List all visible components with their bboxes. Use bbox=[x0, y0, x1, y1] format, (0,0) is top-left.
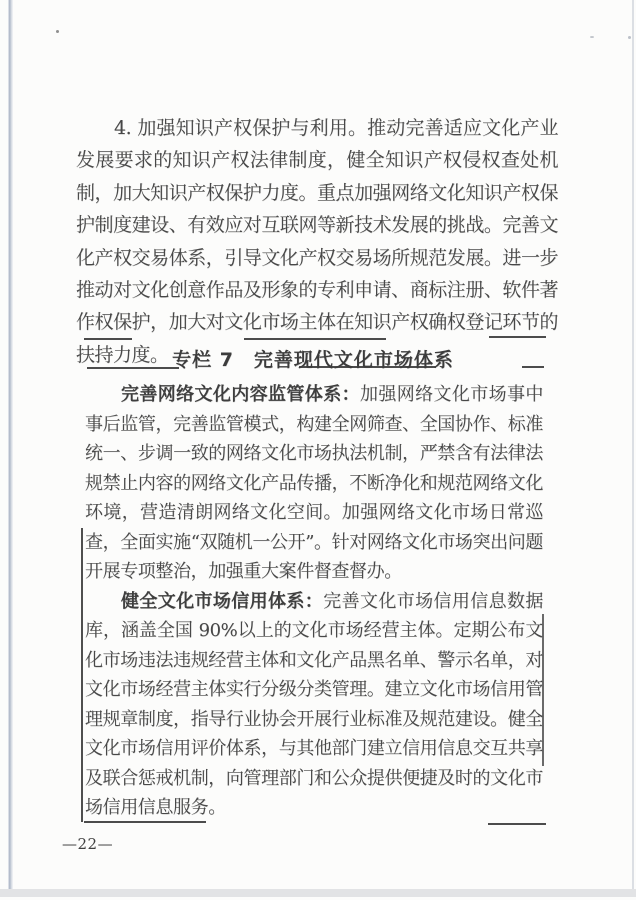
box-paragraph-1-lead: 完善网络文化内容监管体系： bbox=[121, 384, 360, 405]
page-number: —22— bbox=[62, 835, 113, 853]
box-bottom-border-fragment bbox=[488, 823, 546, 825]
scanned-document-page: 4. 加强知识产权保护与利用。推动完善适应文化产业发展要求的知识产权法律制度，健… bbox=[0, 0, 636, 900]
box-top-border-fragment bbox=[489, 336, 546, 338]
box-paragraph-2: 健全文化市场信用体系：完善文化市场信用信息数据库，涵盖全国 90%以上的文化市场… bbox=[85, 587, 543, 823]
body-paragraph-4: 4. 加强知识产权保护与利用。推动完善适应文化产业发展要求的知识产权法律制度，健… bbox=[76, 112, 558, 371]
box-paragraph-1-text: 加强网络文化市场事中事后监管，完善监管模式，构建全网筛查、全国协作、标准统一、步… bbox=[85, 384, 543, 582]
scan-bottom-shadow-band bbox=[0, 889, 636, 897]
underline-fragment bbox=[244, 338, 386, 340]
scan-left-edge-line bbox=[8, 0, 13, 893]
box-paragraph-2-lead: 健全文化市场信用体系： bbox=[121, 591, 323, 612]
column-box-title: 专栏 7 完善现代文化市场体系 bbox=[82, 345, 544, 372]
scan-speck bbox=[628, 36, 631, 39]
scan-speck bbox=[590, 36, 594, 38]
scan-speck bbox=[56, 30, 59, 33]
column-box-body: 完善网络文化内容监管体系：加强网络文化市场事中事后监管，完善监管模式，构建全网筛… bbox=[85, 380, 543, 823]
underline-fragment bbox=[84, 338, 132, 340]
box-paragraph-1: 完善网络文化内容监管体系：加强网络文化市场事中事后监管，完善监管模式，构建全网筛… bbox=[85, 380, 543, 587]
scan-right-edge-line bbox=[632, 0, 634, 893]
box-left-border bbox=[81, 528, 83, 822]
box-paragraph-2-text: 完善文化市场信用信息数据库，涵盖全国 90%以上的文化市场经营主体。定期公布文化… bbox=[85, 591, 543, 819]
